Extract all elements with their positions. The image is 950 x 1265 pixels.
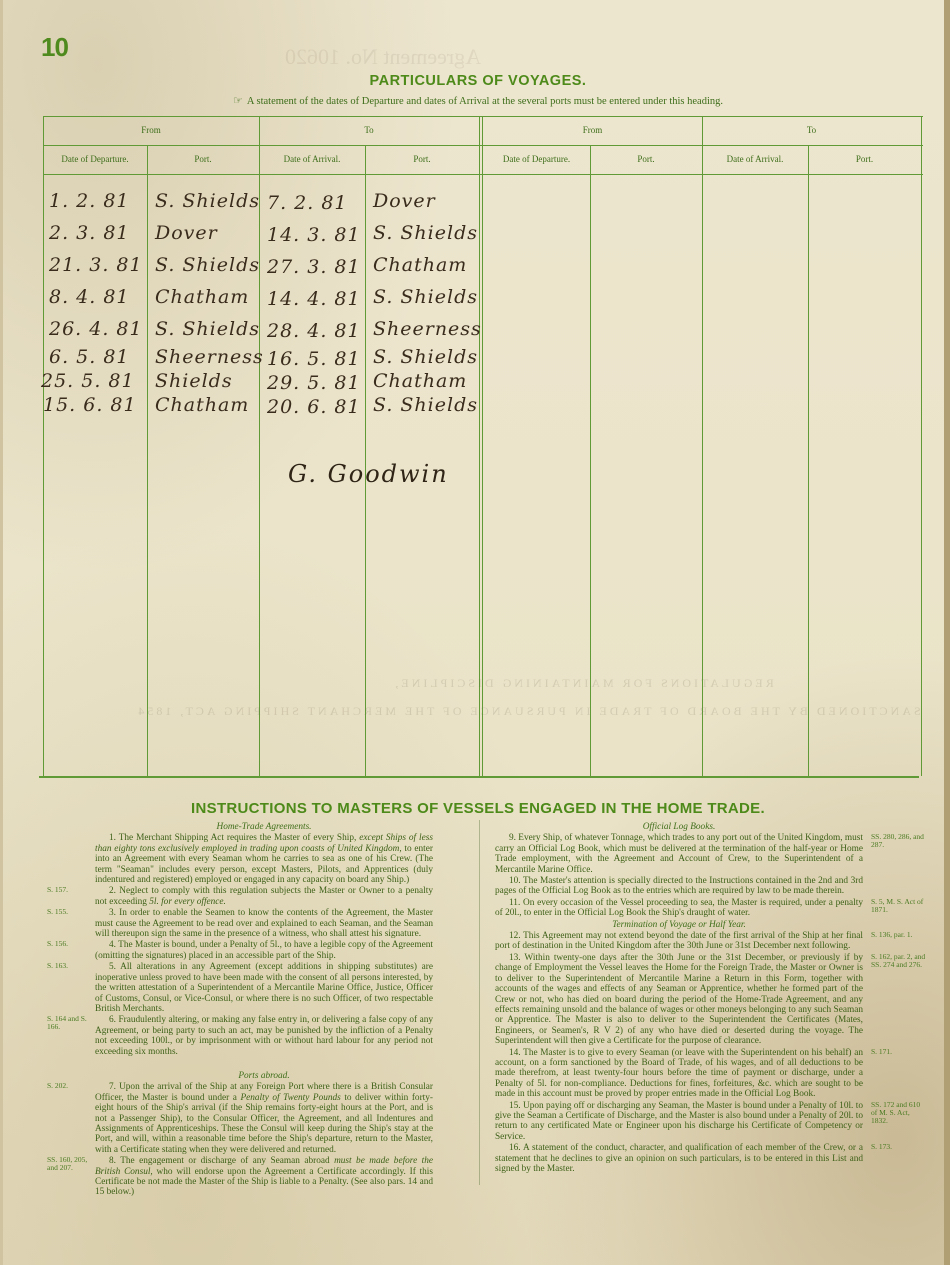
section-heading: Termination of Voyage or Half Year.	[495, 920, 863, 930]
margin-note: S. 156.	[47, 940, 95, 948]
section-heading: Home-Trade Agreements.	[95, 822, 433, 832]
arrival-port-cell: Sheerness	[373, 318, 482, 340]
instruction-paragraph: SS. 160, 205, and 207.8. The engagement …	[95, 1156, 433, 1198]
pointing-hand-icon: ☞	[233, 95, 243, 107]
group-header-to-2: To	[702, 125, 921, 135]
arrival-date-cell: 7. 2. 81	[267, 192, 348, 214]
margin-note: SS. 280, 286, and 287.	[871, 833, 927, 849]
margin-note: S. 164 and S. 166.	[47, 1015, 95, 1031]
arrival-port-cell: Chatham	[373, 254, 467, 276]
instruction-paragraph: S. 155.3. In order to enable the Seamen …	[95, 908, 433, 939]
col-header-arrival-date-2: Date of Arrival.	[702, 154, 808, 164]
instruction-paragraph: S. 157.2. Neglect to comply with this re…	[95, 886, 433, 907]
margin-note: S. 157.	[47, 886, 95, 894]
section-heading: Ports abroad.	[95, 1071, 433, 1081]
departure-date-cell: 21. 3. 81	[49, 254, 143, 276]
arrival-port-cell: S. Shields	[373, 222, 478, 244]
show-through-text: SANCTIONED BY THE BOARD OF TRADE IN PURS…	[103, 704, 950, 719]
departure-date-cell: 15. 6. 81	[43, 394, 137, 416]
col-header-arrival-port: Port.	[365, 154, 479, 164]
instructions-right-column: Official Log Books. SS. 280, 286, and 28…	[495, 822, 863, 1175]
instruction-paragraph: S. 202.7. Upon the arrival of the Ship a…	[95, 1082, 433, 1155]
departure-date-cell: 25. 5. 81	[41, 370, 135, 392]
departure-date-cell: 1. 2. 81	[49, 190, 130, 212]
arrival-port-cell: Dover	[373, 190, 436, 212]
instruction-paragraph: S. 156.4. The Master is bound, under a P…	[95, 940, 433, 961]
arrival-port-cell: Chatham	[373, 370, 467, 392]
departure-port-cell: Shields	[155, 370, 233, 392]
departure-date-cell: 26. 4. 81	[49, 318, 143, 340]
arrival-date-cell: 14. 4. 81	[267, 288, 361, 310]
instruction-paragraph: S. 163.5. All alterations in any Agreeme…	[95, 962, 433, 1014]
section-heading: Official Log Books.	[495, 822, 863, 832]
col-header-departure-port: Port.	[147, 154, 259, 164]
group-header-from-2: From	[483, 125, 702, 135]
margin-note: S. 202.	[47, 1082, 95, 1090]
departure-port-cell: S. Shields	[155, 190, 260, 212]
margin-note: S. 163.	[47, 962, 95, 970]
instruction-paragraph: S. 171.14. The Master is to give to ever…	[495, 1048, 863, 1100]
page-title: PARTICULARS OF VOYAGES.	[3, 73, 950, 89]
margin-note: S. 5, M. S. Act of 1871.	[871, 898, 927, 914]
arrival-port-cell: S. Shields	[373, 394, 478, 416]
departure-date-cell: 6. 5. 81	[49, 346, 130, 368]
arrival-date-cell: 20. 6. 81	[267, 396, 361, 418]
margin-note: SS. 172 and 610 of M. S. Act, 1832.	[871, 1101, 927, 1125]
arrival-date-cell: 14. 3. 81	[267, 224, 361, 246]
arrival-date-cell: 29. 5. 81	[267, 372, 361, 394]
instruction-paragraph: S. 173.16. A statement of the conduct, c…	[495, 1143, 863, 1174]
arrival-date-cell: 16. 5. 81	[267, 348, 361, 370]
instruction-paragraph: SS. 280, 286, and 287.9. Every Ship, of …	[495, 833, 863, 875]
departure-date-cell: 8. 4. 81	[49, 286, 130, 308]
group-header-from-1: From	[43, 125, 259, 135]
instruction-paragraph: S. 162, par. 2, and SS. 274 and 276.13. …	[495, 953, 863, 1047]
departure-port-cell: Dover	[155, 222, 218, 244]
instructions-title: INSTRUCTIONS TO MASTERS OF VESSELS ENGAG…	[3, 800, 950, 817]
col-header-departure-date: Date of Departure.	[43, 154, 147, 164]
departure-port-cell: Sheerness	[155, 346, 264, 368]
margin-note: S. 155.	[47, 908, 95, 916]
subtitle-text: A statement of the dates of Departure an…	[247, 96, 723, 107]
arrival-port-cell: S. Shields	[373, 286, 478, 308]
document-page: 10 Agreement No. 10620 PARTICULARS OF VO…	[0, 0, 950, 1265]
instructions-left-column: Home-Trade Agreements. 1. The Merchant S…	[95, 822, 433, 1199]
master-signature: G. Goodwin	[288, 460, 449, 488]
col-header-arrival-date: Date of Arrival.	[259, 154, 365, 164]
margin-note: S. 162, par. 2, and SS. 274 and 276.	[871, 953, 927, 969]
arrival-date-cell: 28. 4. 81	[267, 320, 361, 342]
col-header-arrival-port-2: Port.	[808, 154, 921, 164]
departure-port-cell: Chatham	[155, 394, 249, 416]
arrival-date-cell: 27. 3. 81	[267, 256, 361, 278]
instruction-paragraph: 10. The Master's attention is specially …	[495, 876, 863, 897]
page-subtitle: ☞A statement of the dates of Departure a…	[3, 94, 950, 107]
margin-note: SS. 160, 205, and 207.	[47, 1156, 95, 1172]
arrival-port-cell: S. Shields	[373, 346, 478, 368]
instruction-paragraph: 1. The Merchant Shipping Act requires th…	[95, 833, 433, 885]
col-header-departure-date-2: Date of Departure.	[483, 154, 590, 164]
col-header-departure-port-2: Port.	[590, 154, 702, 164]
margin-note: S. 173.	[871, 1143, 927, 1151]
departure-port-cell: Chatham	[155, 286, 249, 308]
instruction-paragraph: SS. 172 and 610 of M. S. Act, 1832.15. U…	[495, 1101, 863, 1143]
margin-note: S. 136, par. 1.	[871, 931, 927, 939]
column-divider	[479, 820, 480, 1185]
instruction-paragraph: S. 164 and S. 166.6. Fraudulently alteri…	[95, 1015, 433, 1057]
departure-port-cell: S. Shields	[155, 254, 260, 276]
departure-date-cell: 2. 3. 81	[49, 222, 130, 244]
instruction-paragraph: S. 5, M. S. Act of 1871.11. On every occ…	[495, 898, 863, 919]
instruction-paragraph: S. 136, par. 1.12. This Agreement may no…	[495, 931, 863, 952]
page-number: 10	[41, 32, 68, 63]
departure-port-cell: S. Shields	[155, 318, 260, 340]
group-header-to-1: To	[259, 125, 479, 135]
show-through-text: REGULATIONS FOR MAINTAINING DISCIPLINE,	[283, 676, 883, 691]
margin-note: S. 171.	[871, 1048, 927, 1056]
show-through-text: Agreement No. 10620	[183, 44, 583, 70]
